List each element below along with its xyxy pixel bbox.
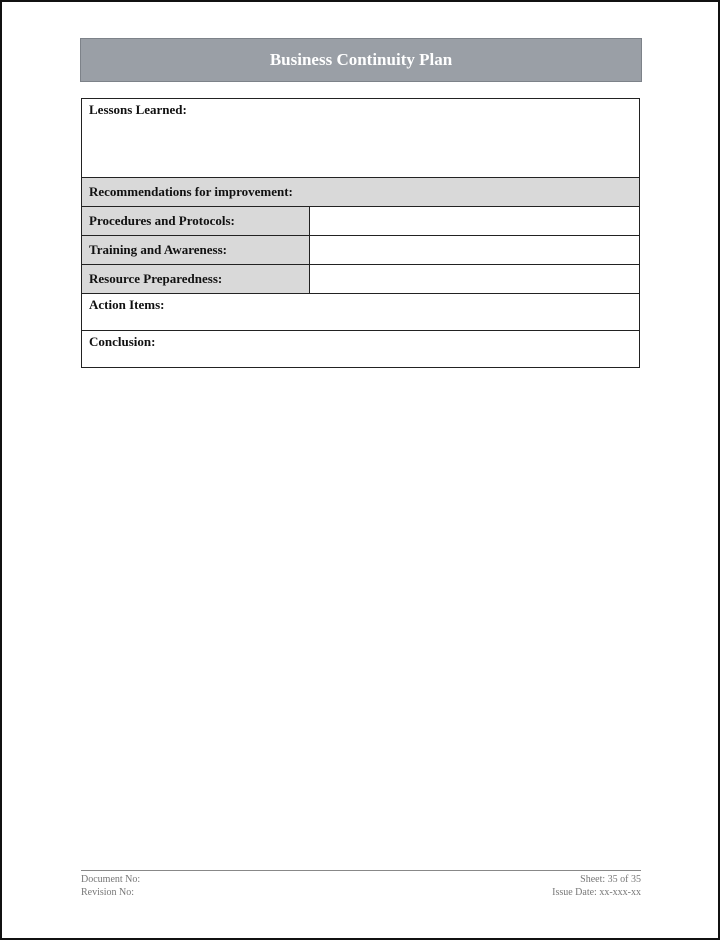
- sheet-number: Sheet: 35 of 35: [552, 873, 641, 886]
- document-page: Business Continuity Plan Lessons Learned…: [0, 0, 720, 940]
- document-title: Business Continuity Plan: [270, 50, 452, 70]
- table-row: Resource Preparedness:: [82, 265, 640, 294]
- issue-date: Issue Date: xx-xxx-xx: [552, 886, 641, 899]
- action-items-label: Action Items:: [89, 297, 164, 312]
- table-row: Procedures and Protocols:: [82, 207, 640, 236]
- recommendations-header: Recommendations for improvement:: [82, 178, 640, 207]
- action-items-row: Action Items:: [82, 294, 640, 331]
- procedures-label: Procedures and Protocols:: [82, 207, 310, 236]
- recommendations-row: Recommendations for improvement:: [82, 178, 640, 207]
- resource-label: Resource Preparedness:: [82, 265, 310, 294]
- resource-value-field[interactable]: [310, 265, 640, 294]
- conclusion-field[interactable]: Conclusion:: [82, 331, 640, 368]
- document-number: Document No:: [81, 873, 140, 886]
- recommendations-label: Recommendations for improvement:: [89, 184, 293, 199]
- training-value-field[interactable]: [310, 236, 640, 265]
- footer-left: Document No: Revision No:: [81, 873, 140, 899]
- conclusion-row: Conclusion:: [82, 331, 640, 368]
- lessons-learned-row: Lessons Learned:: [82, 99, 640, 178]
- conclusion-label: Conclusion:: [89, 334, 155, 349]
- table-row: Training and Awareness:: [82, 236, 640, 265]
- page-footer: Document No: Revision No: Sheet: 35 of 3…: [81, 870, 641, 899]
- footer-right: Sheet: 35 of 35 Issue Date: xx-xxx-xx: [552, 873, 641, 899]
- action-items-field[interactable]: Action Items:: [82, 294, 640, 331]
- title-banner: Business Continuity Plan: [80, 38, 642, 82]
- procedures-value-field[interactable]: [310, 207, 640, 236]
- revision-number: Revision No:: [81, 886, 140, 899]
- lessons-learned-field[interactable]: Lessons Learned:: [82, 99, 640, 178]
- lessons-learned-label: Lessons Learned:: [89, 102, 187, 117]
- training-label: Training and Awareness:: [82, 236, 310, 265]
- lessons-learned-form: Lessons Learned: Recommendations for imp…: [81, 98, 640, 368]
